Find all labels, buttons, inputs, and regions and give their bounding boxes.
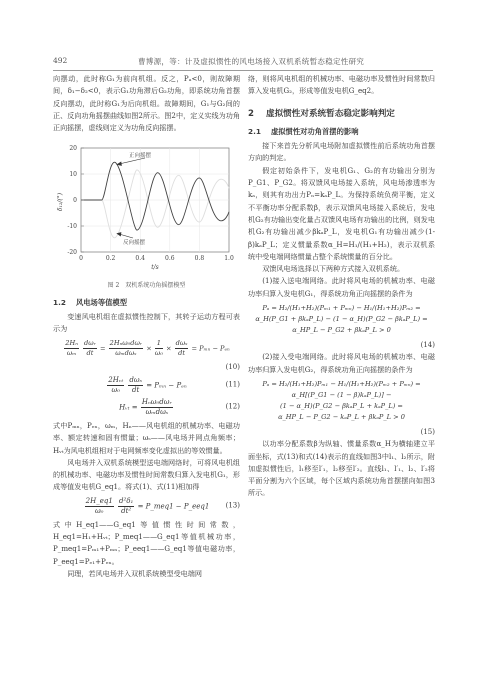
svg-text:-20: -20 [67,249,77,256]
svg-text:1.0: 1.0 [224,255,234,262]
svg-text:0.6: 0.6 [165,255,175,262]
equation-13: 2H_eq1ω₀ d²δ₁dt² = P_meq1 − P_eeq1 (13) [53,497,240,516]
equation-12: Hᵥₜ = Hₙω₀dωᵣωₘdωₛ (12) [53,398,240,417]
svg-text:0: 0 [73,197,77,204]
continued-paragraph: 络，则将风电机组的机械功率、电磁功率及惯性时间常数归算入发电机G₂，形成等值发电… [248,73,435,98]
equation-14-line-2: α_H(P_G1 + βkₐP_L) − (1 − α_H)(P_G2 − βk… [248,314,435,325]
page-number: 492 [53,56,67,65]
figure-caption: 图 2 双机系统功角摇摆模型 [53,280,240,292]
section-number: 2.1 [248,127,261,136]
equation-14-line-1: Pₐ = H₂/(H₁+H₂)(Pₘ₁ + Pₘₙ) − H₁/(H₁+H₂)P… [248,303,435,314]
svg-text:正向摇摆: 正向摇摆 [129,151,152,159]
equation-number-15: (15) [248,426,435,438]
equation-number-10: (10) [53,361,240,373]
equation-10: 2Hₙωₘ dωᵣdt = 2Hₙω₀dωᵣωₘdωₛ × 1ω₀ × dωₛd… [53,339,240,358]
section-heading-2-1: 2.1虚拟惯性对功角首摆的影响 [248,126,435,138]
svg-text:δ₁₂/(°): δ₁₂/(°) [57,193,64,212]
running-header: 492 曹博源，等：计及虚拟惯性的风电场接入双机系统暂态稳定性研究 [53,56,433,71]
paragraph-1-2: 变速风电机组在虚拟惯性控制下，其转子运动方程可表示为 [53,311,240,336]
paragraph-2-1c: 双馈风电场选择以下两种方式接入双机系统。 [248,263,435,275]
equation-number-13: (13) [226,501,240,512]
send-end-paragraph: 风电场并入双机系统模型送电端网络时，可将风电机组的机械功率、电磁功率及惯性时间常… [53,457,240,494]
equation-15: Pₐ = H₂/(H₁+H₂)Pₘ₁ − H₁/(H₁+H₂)(Pₘ₂ + Pₘ… [248,379,435,423]
section-number: 1.2 [53,298,66,307]
svg-text:10: 10 [69,171,77,178]
equation-number-14: (14) [248,339,435,351]
right-column: 络，则将风电机组的机械功率、电磁功率及惯性时间常数归算入发电机G₂，形成等值发电… [248,73,435,500]
section-title: 虚拟惯性对系统暂态稳定影响判定 [266,109,395,119]
equation-15-line-4: α_HP_L − P_G2 − kₐP_L + βkₐP_L > 0 [248,412,435,423]
equation-15-line-1: Pₐ = H₂/(H₁+H₂)Pₘ₁ − H₁/(H₁+H₂)(Pₘ₂ + Pₘ… [248,379,435,390]
swing-chart: 20 10 0 -10 -20 0 0.2 0.4 0.6 0.8 1.0 t/… [53,140,240,272]
equation-number-11: (11) [226,380,240,391]
figure-2: 20 10 0 -10 -20 0 0.2 0.4 0.6 0.8 1.0 t/… [53,140,240,280]
section-heading-1-2: 1.2风电场等值模型 [53,297,240,309]
equation-14: Pₐ = H₂/(H₁+H₂)(Pₘ₁ + Pₘₙ) − H₁/(H₁+H₂)P… [248,303,435,336]
svg-text:0.2: 0.2 [106,255,116,262]
equation-14-line-3: α_HP_L − P_G2 + βkₐP_L > 0 [248,325,435,336]
section-heading-2: 2虚拟惯性对系统暂态稳定影响判定 [248,108,435,120]
svg-text:反向摇摆: 反向摇摆 [123,238,146,246]
equation-15-line-3: (1 − α_H)(P_G2 − βkₐP_L + kₐP_L) = [248,401,435,412]
case-1-paragraph: (1)接入送电端网络。此时将风电场的机械功率、电磁功率归算入发电机G₁，得系统功… [248,275,435,300]
paragraph-2-1a: 接下来首先分析风电场附加虚拟惯性前后系统功角首摆方向的判定。 [248,140,435,165]
svg-text:20: 20 [69,145,77,152]
svg-text:-10: -10 [67,223,77,230]
section-number: 2 [248,109,254,119]
svg-text:0.4: 0.4 [135,255,145,262]
intro-paragraph: 向摆动，此时称G₁为前向机组。反之，Pₐ<0，则故障期间，δ₁−δ₂<0，表示G… [53,73,240,134]
equation-15-line-2: α_H[(P_G1 − (1 − β)kₐP_L)] − [248,390,435,401]
where-paragraph-2: 式中H_eq1——G_eq1等值惯性时间常数，H_eq1=H₁+Hᵥₜ；P_me… [53,519,240,568]
section-title: 虚拟惯性对功角首摆的影响 [271,127,359,136]
svg-text:t/s: t/s [151,264,159,271]
where-paragraph-1: 式中Pₘₙ，Pₑₙ，ωₘ，Hₙ——风电机组的机械功率、电磁功率、额定转速和固有惯… [53,420,240,457]
running-title: 曹博源，等：计及虚拟惯性的风电场接入双机系统暂态稳定性研究 [138,56,364,67]
equation-11: 2Hᵥₜω₀ dωₛdt = Pₘₙ − Pₑₙ (11) [53,376,240,395]
left-column: 向摆动，此时称G₁为前向机组。反之，Pₐ<0，则故障期间，δ₁−δ₂<0，表示G… [53,73,240,580]
paragraph-2-1b: 假定初始条件下，发电机G₁、G₂的有功输出分别为P_G1、P_G2。将双馈风电场… [248,165,435,263]
final-paragraph: 以功率分配系数β为纵轴、惯量系数α_H为横轴建立平面坐标，式(13)和式(14)… [248,438,435,499]
svg-text:0.8: 0.8 [195,255,205,262]
receive-end-paragraph: 同理，若风电场并入双机系统模型受电端网 [53,568,240,580]
svg-text:0: 0 [79,255,83,262]
section-title: 风电场等值模型 [76,298,127,307]
case-2-paragraph: (2)接入受电端网络。此时将风电场的机械功率、电磁功率归算入发电机G₂，得系统功… [248,351,435,376]
equation-number-12: (12) [226,402,240,413]
